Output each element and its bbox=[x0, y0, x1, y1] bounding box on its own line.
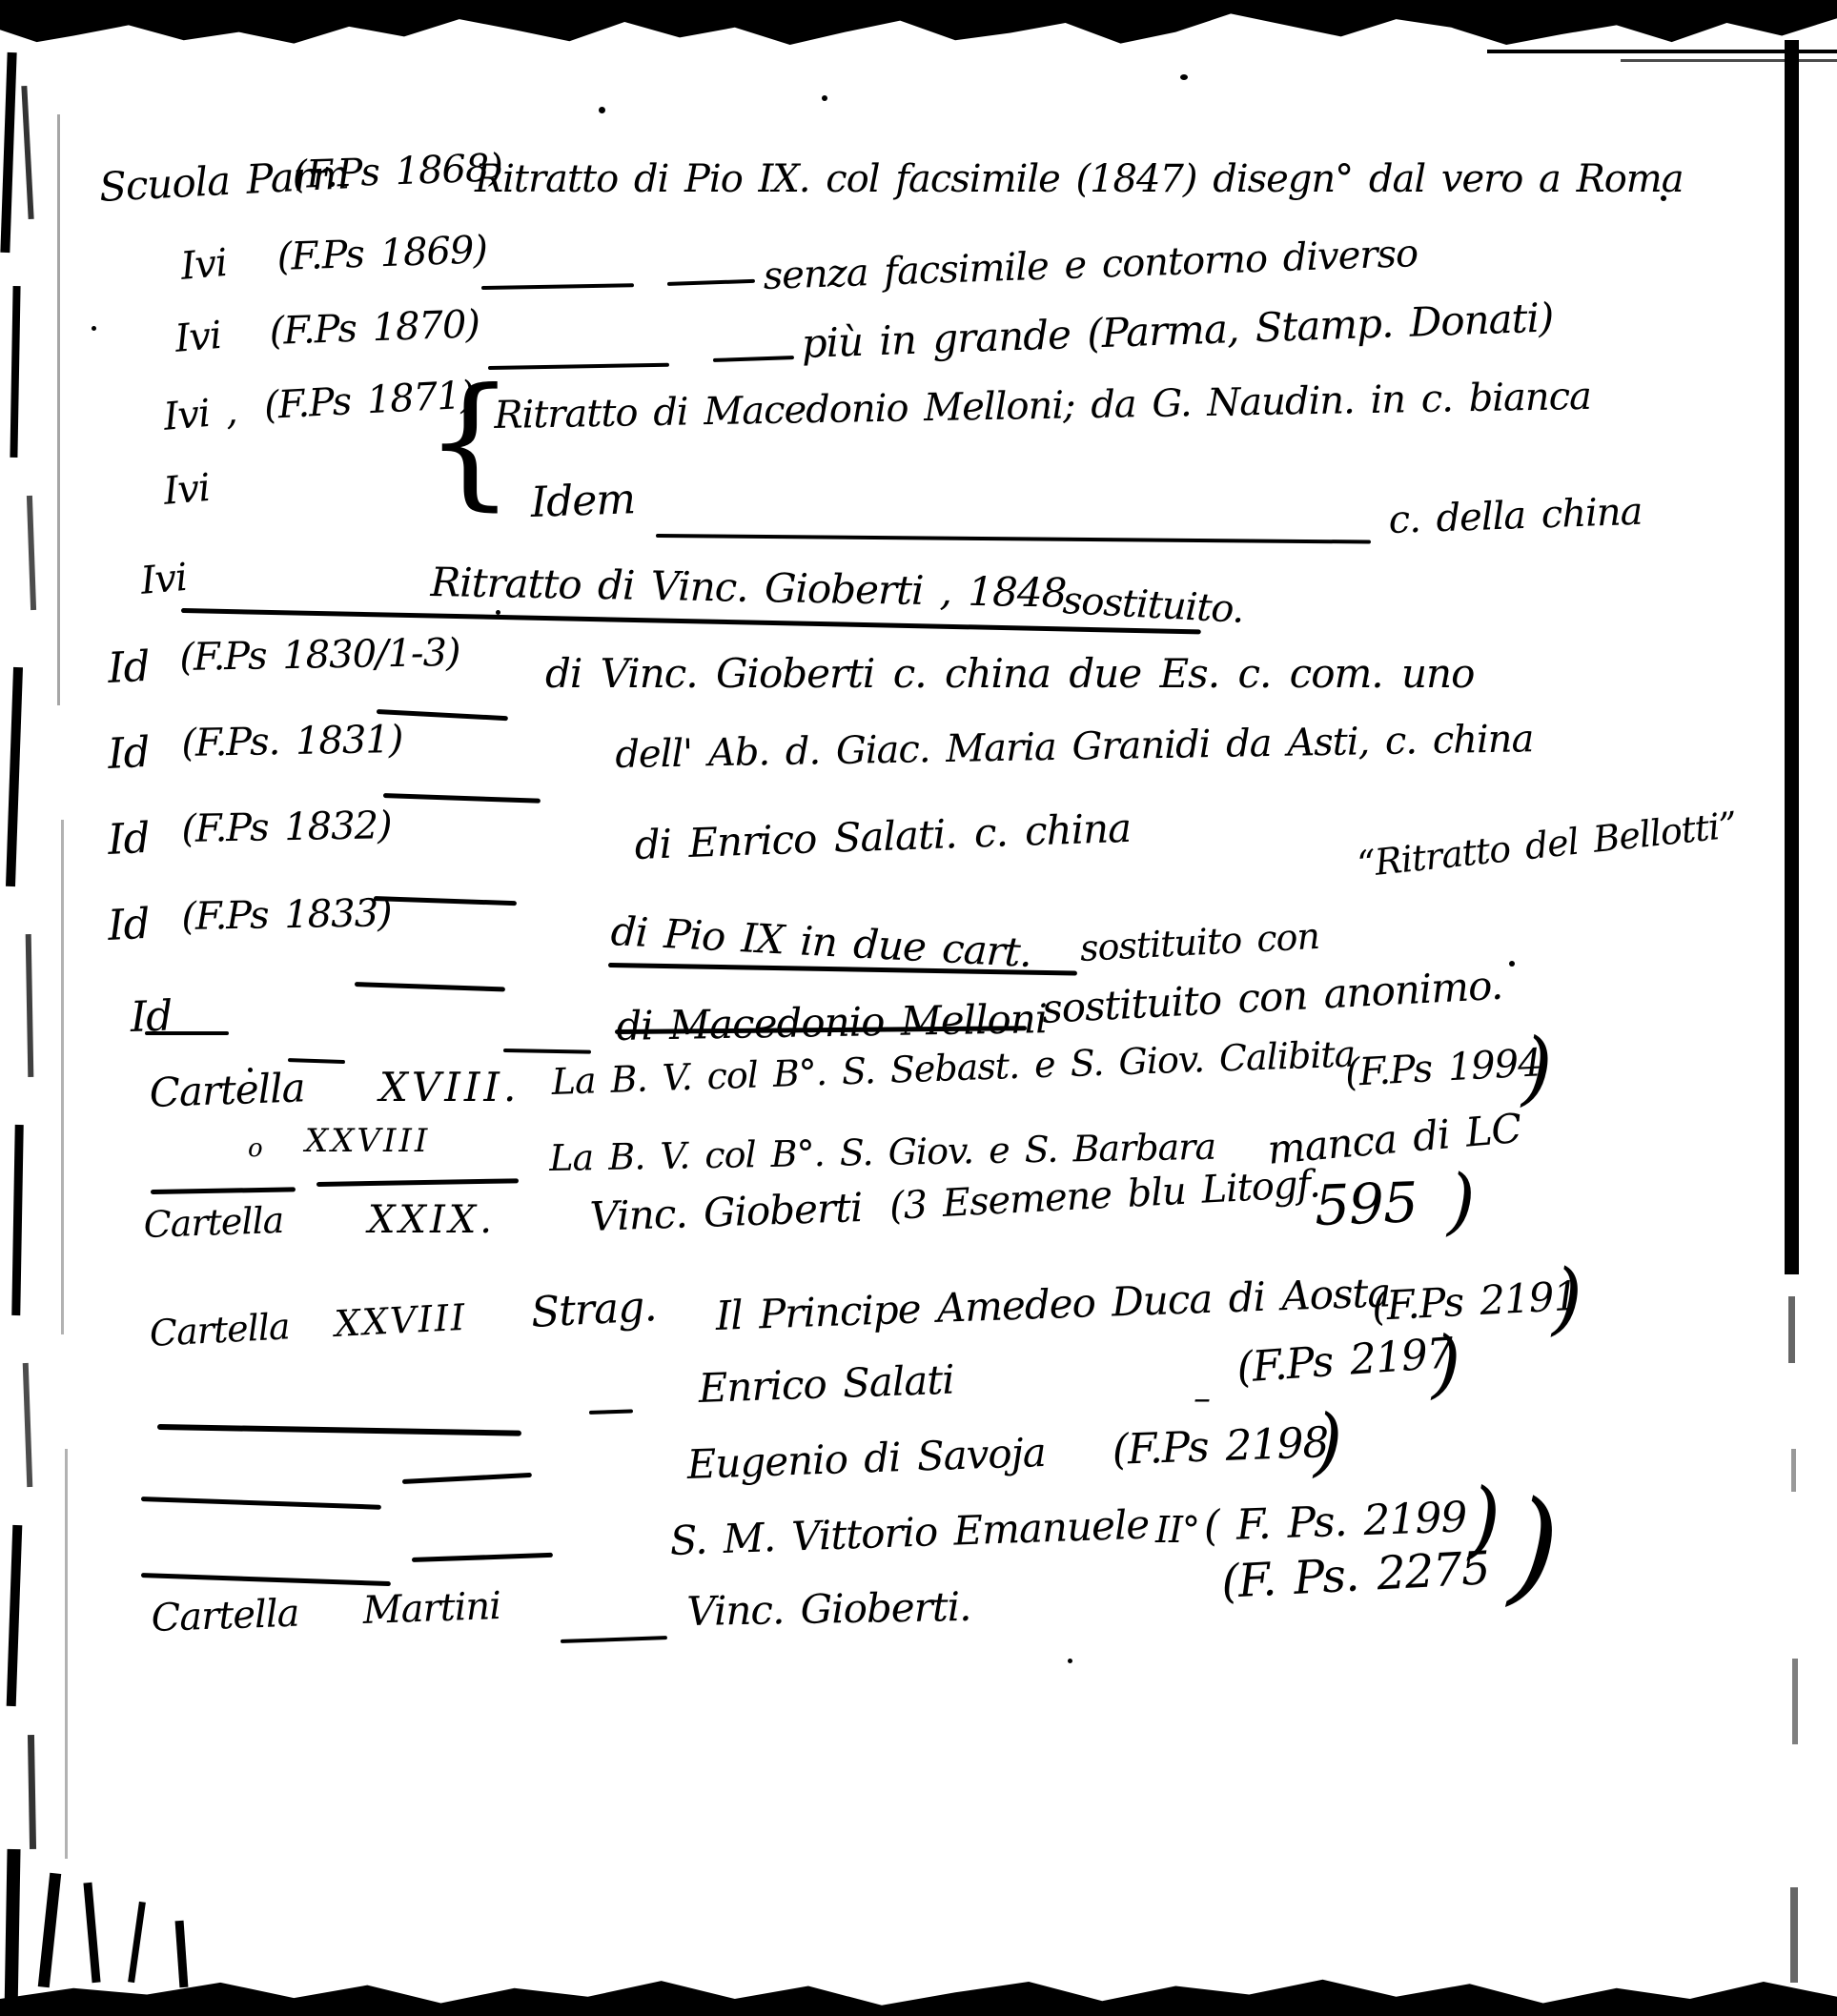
ditto-dash bbox=[374, 896, 517, 906]
handwritten-text: c. della china bbox=[1388, 493, 1643, 540]
ditto-dash bbox=[151, 1187, 296, 1194]
ink-mark bbox=[175, 1921, 189, 1987]
ink-mark bbox=[1788, 1296, 1795, 1363]
handwritten-text: Ivi , bbox=[162, 392, 238, 437]
tall-paren: ) bbox=[1432, 1327, 1459, 1401]
handwritten-text: Ivi bbox=[162, 469, 212, 511]
handwritten-text: (F.Ps 1869) bbox=[276, 231, 488, 276]
handwritten-text: più in grande (Parma, Stamp. Donati) bbox=[801, 297, 1554, 364]
handwritten-text: Eugenio di Savoja bbox=[686, 1433, 1046, 1485]
ditto-dash bbox=[157, 1424, 521, 1436]
torn-edge-bottom bbox=[0, 1973, 1837, 2016]
handwritten-text: ( F. Ps. 2199 bbox=[1203, 1497, 1467, 1548]
handwritten-text: di Macedonio Melloni bbox=[616, 999, 1048, 1047]
ditto-dash bbox=[316, 1178, 519, 1187]
handwritten-text: o bbox=[248, 1136, 262, 1161]
handwritten-text: Ritratto di Pio IX. col facsimile (1847)… bbox=[475, 160, 1684, 198]
handwritten-text: Id bbox=[107, 904, 151, 947]
ink-mark bbox=[1487, 50, 1837, 53]
handwritten-text: Il Principe Amedeo Duca di Aosta bbox=[715, 1273, 1391, 1336]
handwritten-text: (F.Ps 2197 bbox=[1235, 1333, 1454, 1390]
ink-mark bbox=[23, 1363, 33, 1487]
tall-paren: ) bbox=[1552, 1260, 1582, 1338]
handwritten-text: (F.Ps 1994 bbox=[1344, 1044, 1542, 1092]
ditto-dash bbox=[288, 1058, 345, 1064]
handwritten-text: II° bbox=[1155, 1512, 1199, 1548]
ink-mark bbox=[83, 1883, 100, 1983]
ditto-dash bbox=[481, 283, 634, 290]
ink-mark bbox=[599, 107, 605, 113]
handwritten-text: Martini bbox=[362, 1587, 501, 1630]
ink-mark bbox=[92, 326, 96, 331]
handwritten-text: Vinc. Gioberti bbox=[589, 1188, 863, 1237]
handwritten-text: XXVIII bbox=[305, 1125, 430, 1157]
handwritten-text: XXVIII bbox=[334, 1299, 467, 1342]
handwritten-text: Cartella bbox=[143, 1202, 284, 1243]
tall-paren: ) bbox=[1507, 1483, 1561, 1609]
ditto-dash bbox=[383, 793, 541, 804]
handwritten-text: Ivi bbox=[139, 559, 189, 601]
manuscript-page: Scuola Parm(F.Ps 1868)Ritratto di Pio IX… bbox=[0, 0, 1837, 2016]
handwritten-text: XXIX. bbox=[368, 1201, 496, 1239]
handwritten-text: S. M. Vittorio Emanuele bbox=[669, 1504, 1150, 1561]
handwritten-text: Ivi bbox=[179, 244, 229, 286]
ink-mark bbox=[11, 1125, 23, 1315]
ink-mark bbox=[1790, 1887, 1798, 1983]
ink-mark bbox=[1791, 1449, 1796, 1492]
handwritten-text: sostituito. bbox=[1062, 581, 1245, 629]
ditto-dash bbox=[656, 534, 1371, 544]
handwritten-text: Cartella bbox=[149, 1308, 290, 1352]
handwritten-text: Id bbox=[107, 646, 151, 690]
handwritten-text: (F.Ps 1870) bbox=[269, 305, 480, 351]
ink-mark bbox=[1792, 1659, 1798, 1744]
ink-mark bbox=[38, 1873, 61, 1988]
ink-mark bbox=[1180, 74, 1188, 80]
ditto-dash bbox=[412, 1553, 553, 1562]
ink-mark bbox=[1509, 961, 1515, 967]
ink-mark bbox=[0, 52, 16, 253]
handwritten-text: Ritratto di Macedonio Melloni; da G. Nau… bbox=[494, 377, 1591, 435]
ditto-dash bbox=[561, 1636, 667, 1643]
tall-paren: ) bbox=[1521, 1028, 1552, 1108]
ink-mark bbox=[21, 86, 33, 219]
ink-mark bbox=[27, 496, 36, 610]
ditto-dash bbox=[589, 1409, 633, 1415]
handwritten-text: (F.Ps 1832) bbox=[181, 806, 392, 848]
ink-mark bbox=[822, 95, 827, 101]
handwritten-text: (F.Ps 2191 bbox=[1371, 1276, 1579, 1327]
tall-paren: ) bbox=[1447, 1165, 1475, 1237]
torn-edge-top bbox=[0, 0, 1837, 46]
handwritten-text: manca di LC bbox=[1266, 1109, 1522, 1171]
handwritten-text: La B. V. col B°. S. Giov. e S. Barbara bbox=[549, 1129, 1215, 1176]
handwritten-text: di Enrico Salati. c. china bbox=[634, 808, 1132, 865]
ink-mark bbox=[26, 934, 34, 1077]
handwritten-text: Ritratto di Vinc. Gioberti , 1848 bbox=[430, 562, 1066, 614]
handwritten-text: Id bbox=[107, 732, 151, 776]
ink-mark bbox=[65, 1449, 68, 1859]
handwritten-text: Enrico Salati bbox=[698, 1360, 954, 1409]
ditto-dash bbox=[713, 356, 794, 362]
ditto-dash bbox=[503, 1049, 591, 1054]
ink-mark bbox=[7, 1525, 23, 1706]
brace: { bbox=[424, 370, 514, 513]
handwritten-text: Strag. bbox=[530, 1286, 657, 1334]
handwritten-text: (F. Ps. 2275 bbox=[1220, 1545, 1491, 1605]
handwritten-text: Ivi bbox=[173, 316, 223, 358]
ink-mark bbox=[57, 114, 60, 705]
ink-mark bbox=[1621, 59, 1837, 62]
ink-mark bbox=[28, 1735, 36, 1849]
handwritten-text: senza facsimile e contorno diverso bbox=[763, 234, 1419, 295]
handwritten-text: sostituito con bbox=[1079, 918, 1320, 967]
ink-mark bbox=[128, 1902, 146, 1983]
ink-mark bbox=[1785, 40, 1799, 1274]
tall-paren: ) bbox=[1314, 1405, 1341, 1479]
ink-mark bbox=[10, 286, 20, 458]
handwritten-text: (F.Ps 1833) bbox=[181, 894, 392, 936]
handwritten-text: Idem bbox=[530, 479, 636, 524]
handwritten-text: (F.Ps 1868) bbox=[292, 149, 503, 194]
handwritten-text: sostituito con anonimo. bbox=[1041, 966, 1503, 1029]
handwritten-text: (3 Esemene blu Litogf. bbox=[888, 1165, 1320, 1226]
handwritten-text: 595 bbox=[1314, 1174, 1419, 1233]
ditto-dash bbox=[355, 982, 505, 992]
ink-mark bbox=[4, 1849, 20, 2016]
ink-mark bbox=[61, 820, 64, 1334]
ditto-dash bbox=[488, 363, 669, 370]
handwritten-text: (F.Ps. 1831) bbox=[181, 721, 403, 763]
handwritten-text: Cartella bbox=[151, 1595, 299, 1638]
ink-mark bbox=[6, 667, 23, 886]
handwritten-text: Cartella bbox=[149, 1068, 305, 1113]
handwritten-text: Id bbox=[107, 818, 151, 862]
handwritten-text: – bbox=[1194, 1382, 1210, 1416]
handwritten-text: Vinc. Gioberti. bbox=[686, 1587, 971, 1632]
handwritten-text: Id bbox=[130, 995, 173, 1038]
handwritten-text: dell' Ab. d. Giac. Maria Granidi da Asti… bbox=[615, 720, 1534, 774]
handwritten-text: (F.Ps 2198 bbox=[1112, 1422, 1329, 1472]
ditto-dash bbox=[141, 1497, 381, 1510]
ditto-dash bbox=[667, 279, 755, 286]
handwritten-text: XVIII. bbox=[379, 1068, 520, 1108]
ink-mark bbox=[1068, 1659, 1072, 1663]
handwritten-text: “Ritratto del Bellotti” bbox=[1356, 806, 1738, 883]
handwritten-text: (F.Ps 1830/1-3) bbox=[179, 634, 460, 677]
ditto-dash bbox=[141, 1573, 391, 1586]
ditto-dash bbox=[402, 1473, 532, 1484]
handwritten-text: di Vinc. Gioberti c. china due Es. c. co… bbox=[545, 654, 1474, 694]
